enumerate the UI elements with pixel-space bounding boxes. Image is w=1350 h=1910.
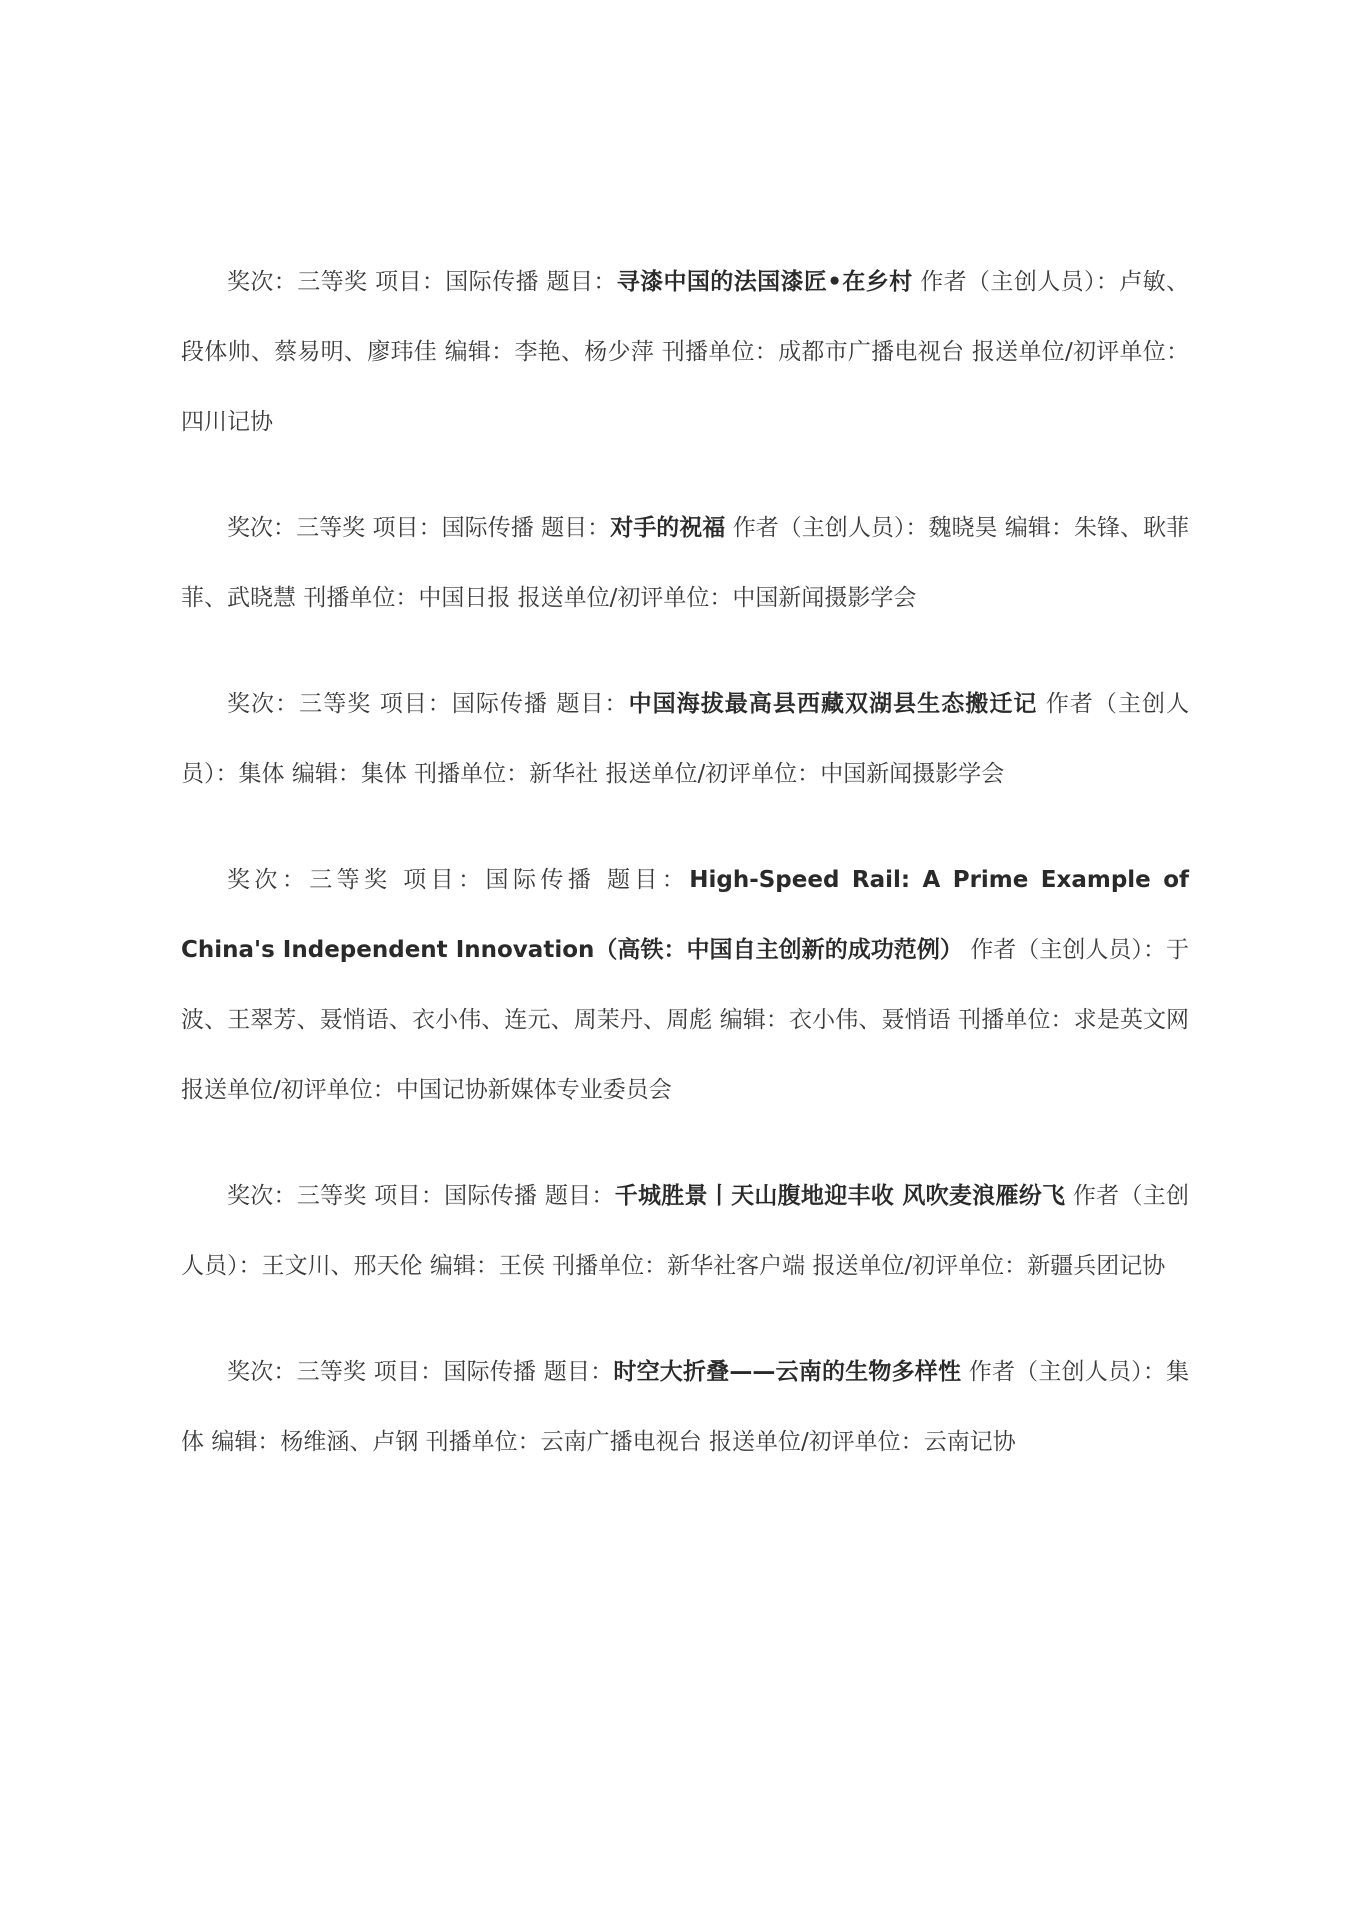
entry-title: 时空大折叠——云南的生物多样性	[613, 1359, 961, 1385]
submitter-value: 四川记协	[181, 409, 273, 435]
publisher-label: 刊播单位：	[426, 1429, 541, 1455]
submitter-value: 中国记协新媒体专业委员会	[396, 1077, 672, 1103]
editors-label: 编辑：	[292, 761, 361, 787]
award-entry: 奖次：三等奖 项目：国际传播 题目：千城胜景丨天山腹地迎丰收 风吹麦浪雁纷飞 作…	[181, 1161, 1189, 1301]
award-entry: 奖次：三等奖 项目：国际传播 题目：对手的祝福 作者（主创人员）：魏晓昊 编辑：…	[181, 493, 1189, 633]
authors-label: 作者（主创人员）：	[920, 269, 1119, 295]
award-label: 奖次：	[227, 691, 299, 717]
submitter-label: 报送单位/初评单位：	[605, 761, 820, 787]
entry-title: 中国海拔最高县西藏双湖县生态搬迁记	[629, 691, 1038, 717]
publisher-value: 云南广播电视台	[541, 1429, 702, 1455]
editors-label: 编辑：	[1005, 515, 1074, 541]
category-value: 国际传播	[443, 1359, 536, 1385]
title-label: 题目：	[547, 269, 617, 295]
entry-title: 千城胜景丨天山腹地迎丰收 风吹麦浪雁纷飞	[615, 1183, 1066, 1209]
award-value: 三等奖	[296, 515, 365, 541]
category-label: 项目：	[373, 515, 442, 541]
submitter-label: 报送单位/初评单位：	[709, 1429, 924, 1455]
editors-value: 李艳、杨少萍	[514, 339, 654, 365]
category-label: 项目：	[403, 867, 485, 893]
submitter-value: 云南记协	[924, 1429, 1016, 1455]
award-value: 三等奖	[297, 1359, 367, 1385]
award-value: 三等奖	[299, 691, 371, 717]
entry-title: 对手的祝福	[610, 515, 725, 541]
category-value: 国际传播	[442, 515, 534, 541]
publisher-value: 新华社客户端	[667, 1253, 805, 1279]
publisher-label: 刊播单位：	[958, 1007, 1074, 1033]
submitter-label: 报送单位/初评单位：	[972, 339, 1189, 365]
award-entry: 奖次：三等奖 项目：国际传播 题目：时空大折叠——云南的生物多样性 作者（主创人…	[181, 1337, 1189, 1477]
award-label: 奖次：	[227, 515, 296, 541]
submitter-label: 报送单位/初评单位：	[518, 585, 733, 611]
category-value: 国际传播	[452, 691, 548, 717]
award-value: 三等奖	[309, 867, 391, 893]
title-label: 题目：	[544, 1359, 614, 1385]
editors-value: 衣小伟、聂悄语	[789, 1007, 951, 1033]
publisher-label: 刊播单位：	[303, 585, 418, 611]
publisher-label: 刊播单位：	[662, 339, 778, 365]
submitter-value: 中国新闻摄影学会	[820, 761, 1004, 787]
title-label: 题目：	[556, 691, 628, 717]
award-entry: 奖次：三等奖 项目：国际传播 题目：寻漆中国的法国漆匠•在乡村 作者（主创人员）…	[181, 247, 1189, 457]
category-label: 项目：	[374, 1359, 444, 1385]
submitter-label: 报送单位/初评单位：	[181, 1077, 396, 1103]
editors-label: 编辑：	[445, 339, 515, 365]
document-page: 奖次：三等奖 项目：国际传播 题目：寻漆中国的法国漆匠•在乡村 作者（主创人员）…	[181, 247, 1189, 1513]
editors-label: 编辑：	[430, 1253, 499, 1279]
editors-value: 集体	[361, 761, 407, 787]
submitter-value: 新疆兵团记协	[1027, 1253, 1165, 1279]
editors-label: 编辑：	[211, 1429, 280, 1455]
award-value: 三等奖	[297, 1183, 367, 1209]
title-label: 题目：	[607, 867, 689, 893]
award-label: 奖次：	[227, 269, 297, 295]
editors-value: 杨维涵、卢钢	[280, 1429, 418, 1455]
category-value: 国际传播	[486, 867, 596, 893]
submitter-value: 中国新闻摄影学会	[732, 585, 916, 611]
publisher-value: 成都市广播电视台	[778, 339, 964, 365]
award-value: 三等奖	[297, 269, 367, 295]
category-label: 项目：	[380, 691, 452, 717]
authors-label: 作者（主创人员）：	[733, 515, 929, 541]
award-label: 奖次：	[227, 1183, 297, 1209]
publisher-label: 刊播单位：	[552, 1253, 667, 1279]
authors-value: 集体	[239, 761, 285, 787]
authors-value: 魏晓昊	[928, 515, 997, 541]
authors-label: 作者（主创人员）：	[969, 1359, 1166, 1385]
publisher-value: 新华社	[529, 761, 598, 787]
editors-label: 编辑：	[720, 1007, 789, 1033]
publisher-value: 求是英文网	[1074, 1007, 1189, 1033]
editors-value: 王侯	[499, 1253, 545, 1279]
authors-value: 王文川、邢天伦	[262, 1253, 423, 1279]
category-value: 国际传播	[444, 1183, 537, 1209]
award-label: 奖次：	[227, 1359, 297, 1385]
award-label: 奖次：	[227, 867, 309, 893]
category-value: 国际传播	[445, 269, 539, 295]
submitter-label: 报送单位/初评单位：	[812, 1253, 1027, 1279]
publisher-value: 中国日报	[418, 585, 510, 611]
title-label: 题目：	[545, 1183, 615, 1209]
title-label: 题目：	[541, 515, 610, 541]
authors-label: 作者（主创人员）：	[970, 937, 1166, 963]
category-label: 项目：	[375, 269, 445, 295]
publisher-label: 刊播单位：	[414, 761, 529, 787]
category-label: 项目：	[374, 1183, 444, 1209]
award-entry: 奖次：三等奖 项目：国际传播 题目：中国海拔最高县西藏双湖县生态搬迁记 作者（主…	[181, 669, 1189, 809]
entry-title: 寻漆中国的法国漆匠•在乡村	[617, 269, 913, 295]
award-entry: 奖次：三等奖 项目：国际传播 题目：High-Speed Rail: A Pri…	[181, 845, 1189, 1125]
